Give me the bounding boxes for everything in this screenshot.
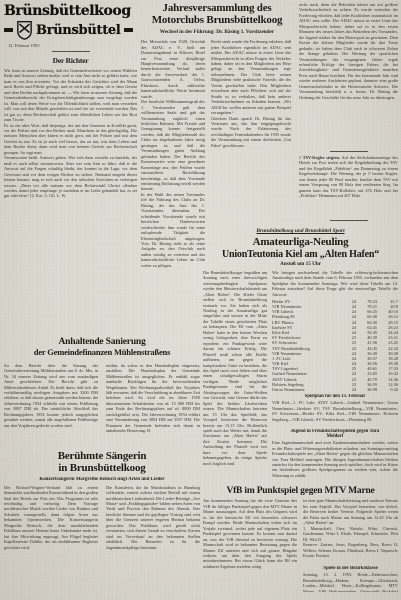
vfb-column-2: ist eine gute Mannschaftsleistung und ra… [303, 498, 398, 592]
vfb-column-2-text: ist eine gute Mannschaftsleistung und ra… [303, 498, 398, 564]
table-cell-team: Union Neumünster [272, 387, 344, 392]
kegler-text: Auf der Sechsbahnenanlage des Hotels zur… [299, 155, 398, 198]
sport-headline-line1: Amateurliga-Neuling [203, 236, 398, 249]
spielplan-heading: Spielplan für den 13. Februar [272, 394, 398, 399]
lead-column-2: Recht stark wurde die Forderung erhoben,… [211, 39, 291, 211]
lead-subhead: Wechsel in der Führung: Dr. Bäsing 1. Vo… [141, 29, 293, 35]
table-cell-sp: 24 [344, 387, 356, 392]
sport-column-1: Die Brunsbüttelkooger begrüßen am Sonnta… [203, 270, 267, 479]
sanierung-article: Anhaltende Sanierung der Gemeindefinanze… [4, 337, 200, 445]
ornament-bar-left [4, 28, 13, 32]
table-cell-tore: 36:99 [356, 387, 377, 392]
table-cell-punkte: 9:42 [377, 387, 398, 392]
divider [330, 151, 368, 152]
saengerin-subhead: Konzertsängerin Margrethe Reinsch singt … [4, 477, 200, 482]
sanierung-headline-line2: der Gemeindefinanzen Mühlenstraßens [4, 348, 200, 358]
lead-headline-line1: Jahresversammlung des [141, 2, 293, 14]
kegler-lead-in: ◊ TSV-Kegler siegten. [299, 155, 340, 160]
sport-column-2: Wir bringen nachstehend die Tabelle der … [272, 270, 398, 482]
sport-section: Brunsbüttelkoog und Brunsbüttel Sport Am… [203, 228, 398, 482]
saengerin-column-2: Die Künstlerin, die ihr Musikstudium in … [106, 485, 200, 583]
sport-section-kicker: Brunsbüttelkoog und Brunsbüttel Sport [203, 228, 398, 234]
headline-der-richter: Der Richter [4, 56, 137, 65]
league-table: Heider SV2478:2341:7VfB Neumünster2478:2… [272, 299, 398, 392]
sport-table-intro: Wir bringen nachstehend die Tabelle der … [272, 270, 398, 298]
ornament-bar-right [124, 28, 133, 32]
bezirksklasse-text: Sonntag, 13. 2. 1955: Heide—Pademarschen… [303, 572, 398, 592]
saengerin-headline-line2: in Brunsbüttelkoog [4, 462, 200, 474]
jugend-text: Eine Jugendmannschaft und zwei Knabenman… [272, 440, 398, 482]
saengerin-headline-line1: Berühmte Sängerin [4, 450, 200, 462]
vfb-article: VfB im Punktspiel gegen MTV Marne Am kom… [203, 486, 398, 594]
sport-headline-line2: UnionTeutonia Kiel am „Alten Hafen“ [203, 249, 398, 260]
lead-column-3: recht stark, denn die Behörden hätten nu… [299, 2, 398, 148]
coat-of-arms-icon [16, 20, 33, 40]
lead-headline-line2: Motorclubs Brunsbüttelkoog [141, 14, 293, 26]
masthead-title-line1: Brünsbüttelkoog [4, 3, 137, 19]
masthead-title-line2: Brünsbüttel [36, 23, 121, 38]
left-column: Brünsbüttelkoog Brünsbüttel 12. Februar … [4, 3, 137, 286]
newspaper-masthead: Brünsbüttelkoog Brünsbüttel 12. Februar … [4, 3, 137, 52]
saengerin-column-1: Der Richard-Wagner-Verband lädt zu einem… [4, 485, 98, 583]
divider [52, 51, 90, 52]
divider [330, 220, 368, 221]
spielplan-text: VfB Kiel—1. FC Lule; ATSV Lübeck—Gutheil… [272, 400, 398, 427]
article-der-richter-text: Wir lasen in unserer Zeitung, daß ein Ge… [4, 68, 137, 286]
newspaper-page: Brünsbüttelkoog Brünsbüttel 12. Februar … [0, 0, 401, 600]
sport-subhead: Anstoß um 15 Uhr [203, 261, 398, 267]
saengerin-article: Berühmte Sängerin in Brunsbüttelkoog Kon… [4, 450, 200, 583]
vfb-headline: VfB im Punktspiel gegen MTV Marne [203, 486, 398, 496]
lead-column-1: Der Motorclub von 1928, Ortsclub des ADA… [141, 39, 205, 321]
kegler-note: ◊ TSV-Kegler siegten. Auf der Sechsbahne… [299, 155, 398, 217]
sanierung-column-1: Zu dem Bericht über die Sitzung der Geme… [4, 363, 98, 445]
jugend-heading: Jugend in Freundschaftsspielen gegen Tur… [272, 429, 398, 439]
vfb-column-1: Am kommenden Sonntag hat die erste Garni… [203, 498, 297, 594]
publication-date: 12. Februar 1955 [8, 43, 137, 48]
right-top-column: recht stark, denn die Behörden hätten nu… [299, 2, 398, 224]
sanierung-column-2: mithin, da schon in den Haushaltsplan ei… [106, 363, 200, 445]
bezirksklasse-heading: Spiele in der Bezirksklasse [303, 566, 398, 571]
table-row: Union Neumünster2436:999:42 [272, 387, 398, 392]
